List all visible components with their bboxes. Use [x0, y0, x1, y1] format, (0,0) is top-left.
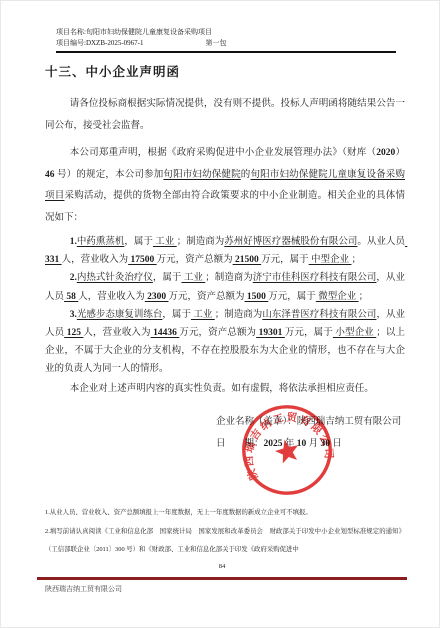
enterprise-item-2: 2.内热式针灸治疗仪，属于 工业 ；制造商为济宁市佳科医疗科技有限公司，从业人员…	[45, 269, 405, 305]
document-page: 项目名称:旬阳市妇幼保健院儿童康复设备采购项目 项目编号:DXZB-2025-0…	[0, 0, 440, 628]
enterprise-list: 1.中药熏蒸机，属于 工业 ；制造商为苏州好博医疗器械股份有限公司。从业人员 3…	[45, 233, 405, 379]
page-header: 项目名称:旬阳市妇幼保健院儿童康复设备采购项目 项目编号:DXZB-2025-0…	[56, 27, 396, 53]
project-name: 项目名称:旬阳市妇幼保健院儿童康复设备采购项目	[56, 27, 396, 38]
declaration-paragraph: 本公司郑重声明，根据《政府采购促进中小企业发展管理办法》（财库（2020）46 …	[45, 143, 405, 229]
footnotes: 1.从业人员、营业收入、资产总额填报上一年度数据，无上一年度数据的新成立企业可不…	[45, 504, 405, 560]
enterprise-item-1: 1.中药熏蒸机，属于 工业 ；制造商为苏州好博医疗器械股份有限公司。从业人员 3…	[45, 233, 405, 269]
intro-paragraph: 请各位投标商根据实际情况提供，没有则不提供。投标人声明函将随结果公告一同公布，接…	[45, 94, 405, 137]
project-number: 项目编号:DXZB-2025-0967-1	[56, 38, 144, 49]
footnote-1: 1.从业人员、营业收入、资产总额填报上一年度数据，无上一年度数据的新成立企业可不…	[45, 504, 405, 523]
footer-rule	[37, 577, 407, 580]
closing-statement: 本企业对上述声明内容的真实性负责。如有虚假，将依法承担相应责任。	[45, 380, 405, 398]
footnote-2: 2.填写前请认真阅读《工业和信息化部 国家统计局 国家发展和改革委员会 财政部关…	[45, 523, 405, 560]
footer-company-name: 陕西瑞吉纳工贸有限公司	[45, 584, 122, 594]
document-title: 十三、中小企业声明函	[45, 62, 405, 80]
package-label: 第一包	[206, 38, 227, 49]
seal-star-icon	[273, 437, 301, 465]
page-number: 84	[37, 563, 407, 570]
enterprise-item-3: 3.光感步态康复训练台，属于 工业 ；制造商为山东泽普医疗科技有限公司，从业人员…	[45, 306, 405, 379]
